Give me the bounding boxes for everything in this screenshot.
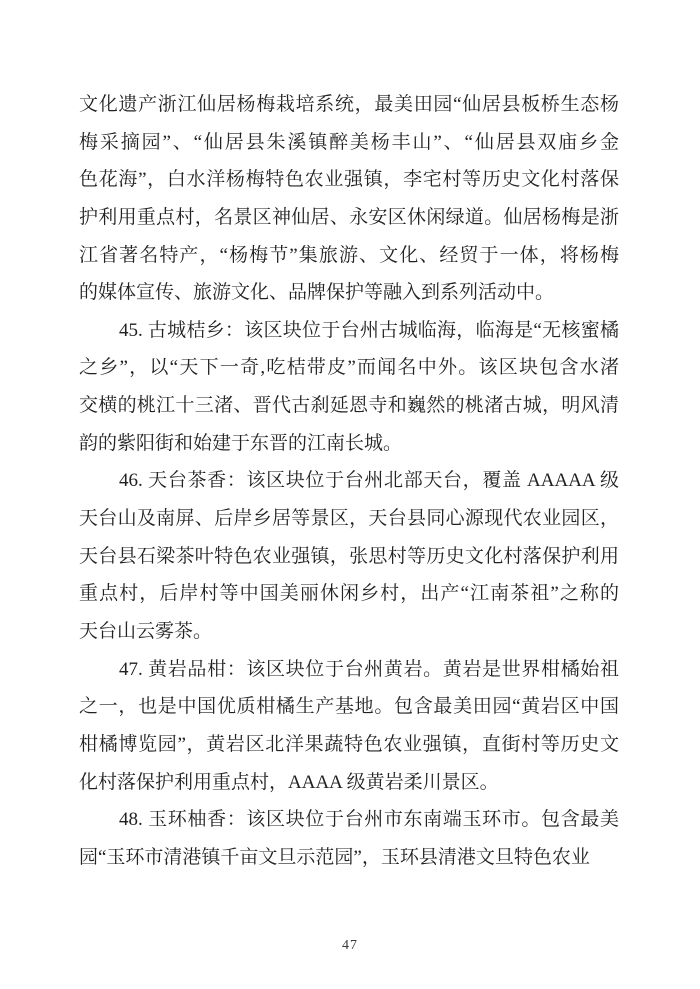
document-page: 文化遗产浙江仙居杨梅栽培系统，最美田园“仙居县板桥生态杨梅采摘园”、“仙居县朱溪… xyxy=(0,0,700,989)
text-line: 天台山云雾茶。 xyxy=(79,613,619,651)
text-line: 重点村，后岸村等中国美丽休闲乡村，出产“江南茶祖”之称的 xyxy=(79,575,619,613)
text-line: 天台山及南屏、后岸乡居等景区，天台县同心源现代农业园区， xyxy=(79,500,619,538)
text-line: 45. 古城桔乡：该区块位于台州古城临海，临海是“无核蜜橘 xyxy=(79,312,619,350)
text-line: 47. 黄岩品柑：该区块位于台州黄岩。黄岩是世界柑橘始祖地 xyxy=(79,651,619,689)
text-line: 天台县石梁茶叶特色农业强镇，张思村等历史文化村落保护利用 xyxy=(79,538,619,576)
text-line: 梅采摘园”、“仙居县朱溪镇醉美杨丰山”、“仙居县双庙乡金 xyxy=(79,124,619,162)
text-line: 色花海”，白水洋杨梅特色农业强镇，李宅村等历史文化村落保 xyxy=(79,161,619,199)
text-line: 韵的紫阳街和始建于东晋的江南长城。 xyxy=(79,425,619,463)
page-footer: 47 xyxy=(0,936,700,954)
text-line: 园“玉环市清港镇千亩文旦示范园”，玉环县清港文旦特色农业 xyxy=(79,839,619,877)
text-line: 化村落保护利用重点村，AAAA 级黄岩柔川景区。 xyxy=(79,764,619,802)
text-line: 46. 天台茶香：该区块位于台州北部天台，覆盖 AAAAA 级景区 xyxy=(79,462,619,500)
paragraph-45-gucheng-juxiang: 45. 古城桔乡：该区块位于台州古城临海，临海是“无核蜜橘之乡”，以“天下一奇,… xyxy=(79,312,619,463)
paragraph-48-yuhuan-youxiang: 48. 玉环柚香：该区块位于台州市东南端玉环市。包含最美田园“玉环市清港镇千亩文… xyxy=(79,801,619,876)
document-body: 文化遗产浙江仙居杨梅栽培系统，最美田园“仙居县板桥生态杨梅采摘园”、“仙居县朱溪… xyxy=(79,86,619,876)
page-number: 47 xyxy=(342,938,358,953)
text-line: 护利用重点村，名景区神仙居、永安区休闲绿道。仙居杨梅是浙 xyxy=(79,199,619,237)
text-line: 交横的桃江十三渚、晋代古刹延恩寺和巍然的桃渚古城，明风清 xyxy=(79,387,619,425)
text-line: 文化遗产浙江仙居杨梅栽培系统，最美田园“仙居县板桥生态杨 xyxy=(79,86,619,124)
text-line: 江省著名特产，“杨梅节”集旅游、文化、经贸于一体，将杨梅 xyxy=(79,237,619,275)
text-line: 之一，也是中国优质柑橘生产基地。包含最美田园“黄岩区中国 xyxy=(79,688,619,726)
paragraph-46-tiantai-chaxiang: 46. 天台茶香：该区块位于台州北部天台，覆盖 AAAAA 级景区天台山及南屏、… xyxy=(79,462,619,650)
text-line: 柑橘博览园”，黄岩区北洋果蔬特色农业强镇，直街村等历史文 xyxy=(79,726,619,764)
paragraph-44-continuation: 文化遗产浙江仙居杨梅栽培系统，最美田园“仙居县板桥生态杨梅采摘园”、“仙居县朱溪… xyxy=(79,86,619,312)
text-line: 的媒体宣传、旅游文化、品牌保护等融入到系列活动中。 xyxy=(79,274,619,312)
text-line: 48. 玉环柚香：该区块位于台州市东南端玉环市。包含最美田 xyxy=(79,801,619,839)
text-line: 之乡”，以“天下一奇,吃桔带皮”而闻名中外。该区块包含水渚 xyxy=(79,349,619,387)
paragraph-47-huangyan-pingan: 47. 黄岩品柑：该区块位于台州黄岩。黄岩是世界柑橘始祖地之一，也是中国优质柑橘… xyxy=(79,651,619,802)
